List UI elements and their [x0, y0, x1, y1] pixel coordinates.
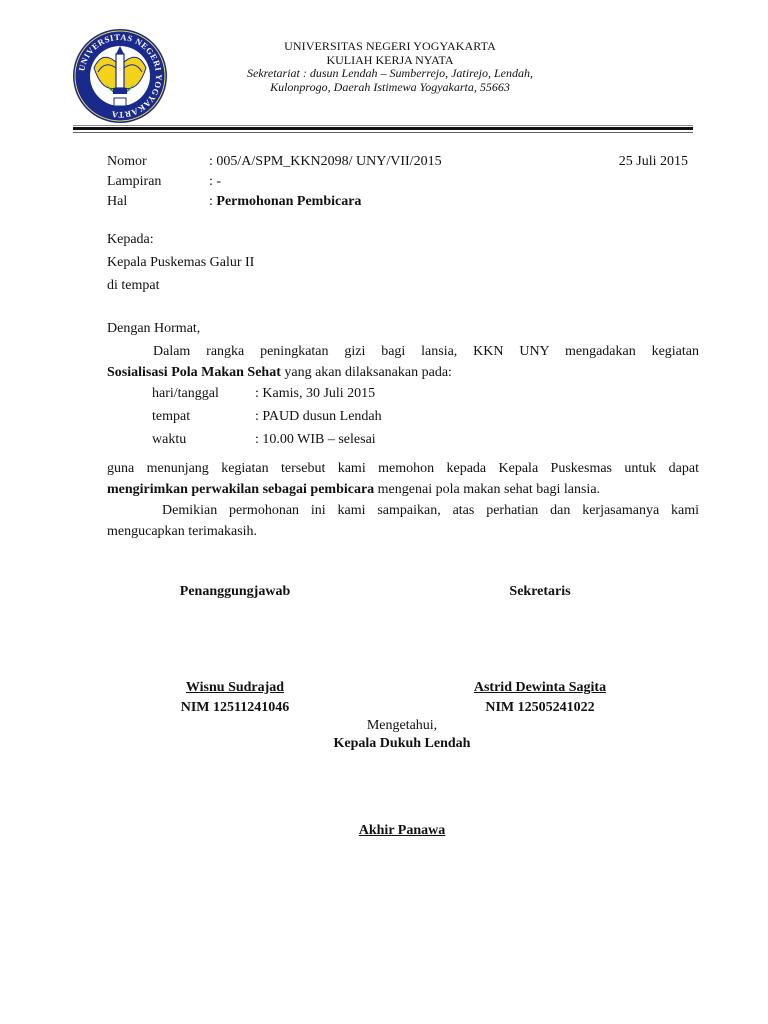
paragraph-3-line1: Demikian permohonan ini kami sampaikan, …	[107, 500, 699, 521]
signer-right-name: Astrid Dewinta Sagita	[440, 679, 640, 697]
hal-label: Hal	[107, 193, 127, 211]
detail-value-tempat: : PAUD dusun Lendah	[255, 408, 382, 426]
approval-title: Kepala Dukuh Lendah	[302, 735, 502, 753]
letterhead-divider-bottom	[73, 132, 693, 133]
detail-label-hari: hari/tanggal	[152, 385, 219, 403]
hal-value: Permohonan Pembicara	[216, 194, 361, 209]
kepada-label: Kepada:	[107, 231, 154, 249]
approval-label: Mengetahui,	[302, 717, 502, 735]
lampiran-value: : -	[209, 173, 221, 191]
nomor-label: Nomor	[107, 153, 147, 171]
paragraph-3-line2: mengucapkan terimakasih.	[107, 521, 699, 542]
detail-label-tempat: tempat	[152, 408, 190, 426]
paragraph-2-bold: mengirimkan perwakilan sebagai pembicara	[107, 482, 374, 497]
letterhead-address-line2: Kulonprogo, Daerah Istimewa Yogyakarta, …	[200, 80, 580, 95]
paragraph-1-bold: Sosialisasi Pola Makan Sehat	[107, 365, 281, 380]
recipient-name: Kepala Puskemas Galur II	[107, 254, 254, 272]
greeting: Dengan Hormat,	[107, 320, 200, 338]
university-logo-icon: UNIVERSITAS NEGERI YOGYAKARTA	[72, 28, 168, 124]
signer-left-name: Wisnu Sudrajad	[135, 679, 335, 697]
letterhead-divider	[73, 127, 693, 130]
letterhead-address-line1: Sekretariat : dusun Lendah – Sumberrejo,…	[200, 66, 580, 81]
paragraph-2-line1: guna menunjang kegiatan tersebut kami me…	[107, 458, 699, 479]
paragraph-1-rest: yang akan dilaksanakan pada:	[281, 365, 452, 380]
detail-value-waktu: : 10.00 WIB – selesai	[255, 431, 376, 449]
recipient-place: di tempat	[107, 277, 160, 295]
lampiran-label: Lampiran	[107, 173, 161, 191]
nomor-value: : 005/A/SPM_KKN2098/ UNY/VII/2015	[209, 153, 442, 171]
signer-right-title: Sekretaris	[440, 583, 640, 601]
letterhead-divider-top	[73, 125, 693, 126]
signer-left-nim: NIM 12511241046	[135, 699, 335, 717]
signer-right-nim: NIM 12505241022	[440, 699, 640, 717]
paragraph-1: Dalam rangka peningkatan gizi bagi lansi…	[107, 341, 699, 383]
detail-label-waktu: waktu	[152, 431, 186, 449]
paragraph-1-line1: Dalam rangka peningkatan gizi bagi lansi…	[107, 341, 699, 362]
signer-left-title: Penanggungjawab	[135, 583, 335, 601]
detail-value-hari: : Kamis, 30 Juli 2015	[255, 385, 375, 403]
letter-date: 25 Juli 2015	[619, 153, 688, 171]
approval-name: Akhir Panawa	[302, 822, 502, 840]
hal-field: : Permohonan Pembicara	[209, 193, 361, 211]
paragraph-2: guna menunjang kegiatan tersebut kami me…	[107, 458, 699, 500]
letterhead-institution: UNIVERSITAS NEGERI YOGYAKARTA	[200, 39, 580, 54]
paragraph-2-rest: mengenai pola makan sehat bagi lansia.	[374, 482, 600, 497]
paragraph-3: Demikian permohonan ini kami sampaikan, …	[107, 500, 699, 542]
